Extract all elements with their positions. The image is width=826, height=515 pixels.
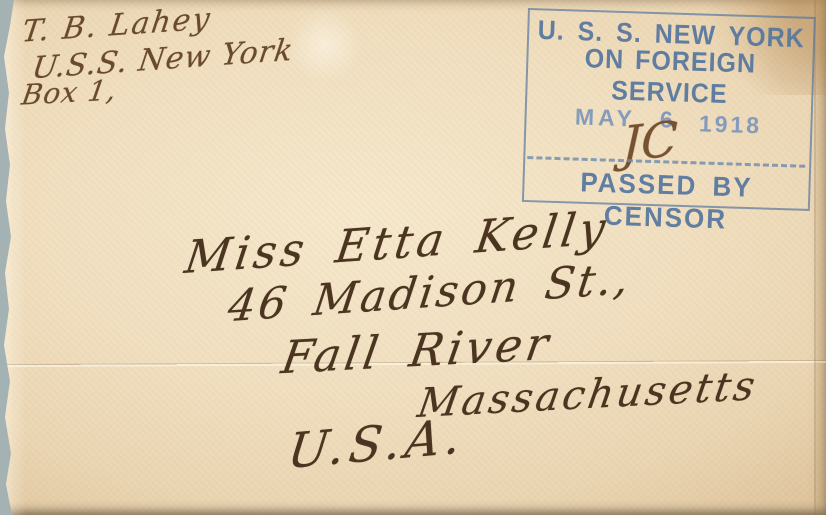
envelope-paper: T. B. Lahey U.S.S. New York Box 1, U. S.… xyxy=(0,0,826,515)
censor-stamp: U. S. S. NEW YORK ON FOREIGN SERVICE MAY… xyxy=(522,8,816,211)
censor-stamp-date-year: 1918 xyxy=(699,110,763,138)
recipient-country: U.S.A. xyxy=(285,408,469,480)
censor-initials-handwriting: JC xyxy=(621,111,678,174)
envelope-scan: T. B. Lahey U.S.S. New York Box 1, U. S.… xyxy=(0,0,826,515)
return-address-box: Box 1, xyxy=(19,73,119,111)
right-edge-shading xyxy=(816,0,826,515)
torn-left-edge xyxy=(0,0,26,515)
recipient-city: Fall River xyxy=(278,317,556,385)
